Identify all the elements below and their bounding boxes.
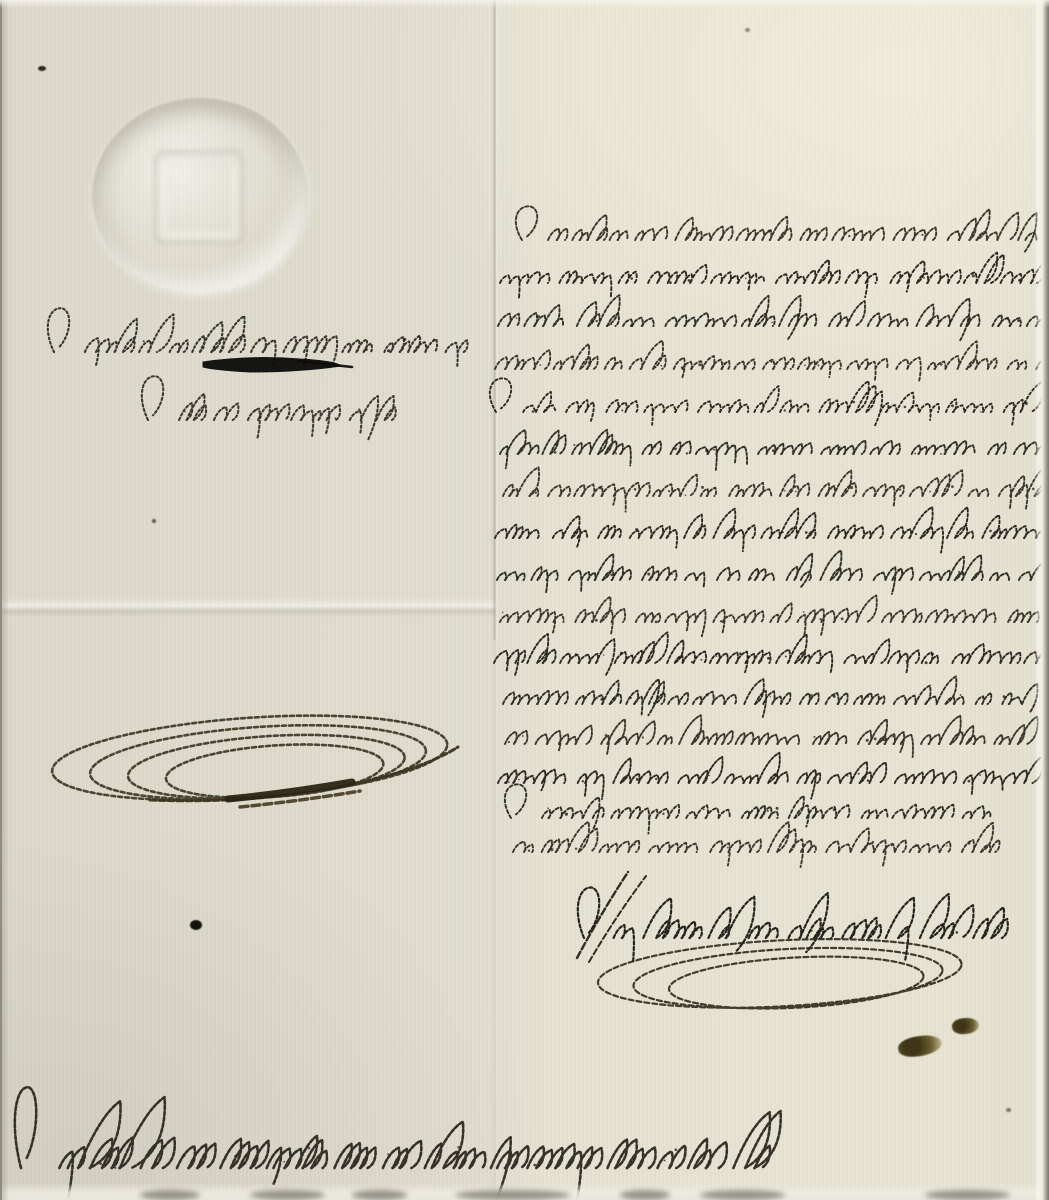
- body-ink-speck: [720, 620, 722, 622]
- body-ink-speck: [850, 486, 853, 489]
- body-ink-speck: [739, 652, 742, 655]
- body-ink-speck: [897, 569, 900, 572]
- docket-ink-speck: [143, 340, 145, 342]
- address-ink-speck: [234, 1155, 236, 1157]
- body-ink-speck: [795, 491, 797, 493]
- body-ink-speck: [830, 488, 832, 490]
- body-ink-speck: [749, 577, 752, 580]
- signature-ink-speck: [956, 931, 959, 934]
- body-ink-speck: [621, 409, 623, 411]
- body-ink-speck: [804, 365, 806, 367]
- body-ink-speck: [610, 574, 612, 576]
- docket-ink-speck: [334, 417, 336, 419]
- body-ink-speck: [892, 736, 894, 738]
- body-ink-speck: [915, 844, 918, 847]
- body-ink-speck: [805, 531, 808, 534]
- body-ink-speck: [681, 366, 683, 368]
- body-ink-speck: [1007, 318, 1009, 320]
- body-ink-speck: [630, 324, 633, 327]
- body-ink-speck: [903, 318, 905, 320]
- body-ink-speck: [703, 809, 705, 811]
- body-ink-speck: [1007, 574, 1009, 576]
- body-ink-speck: [867, 779, 870, 782]
- body-ink-speck: [923, 277, 925, 279]
- address-ink-speck: [225, 1159, 226, 1160]
- signature-ink-speck: [986, 923, 988, 925]
- body-ink-speck: [532, 410, 535, 413]
- body-ink-speck: [826, 448, 828, 450]
- docket-handwriting-line: [142, 376, 396, 439]
- body-ink-speck: [951, 404, 954, 407]
- body-ink-speck: [727, 847, 729, 849]
- body-ink-speck: [508, 781, 510, 783]
- body-ink-speck: [833, 808, 836, 811]
- body-ink-speck: [960, 694, 962, 696]
- body-ink-speck: [603, 654, 604, 655]
- bottom-edge-smudge: [140, 1190, 200, 1200]
- body-ink-speck: [698, 363, 701, 366]
- address-ink-speck: [321, 1148, 323, 1150]
- address-ink-speck: [387, 1153, 389, 1155]
- body-ink-speck: [958, 571, 960, 573]
- body-ink-speck: [705, 449, 708, 452]
- body-ink-speck: [968, 842, 971, 845]
- body-ink-speck: [655, 778, 657, 780]
- body-ink-speck: [743, 364, 744, 365]
- body-ink-speck: [817, 364, 819, 366]
- body-ink-speck: [701, 486, 704, 489]
- body-ink-speck: [1025, 402, 1028, 405]
- body-ink-speck: [860, 703, 862, 705]
- body-ink-speck: [771, 361, 773, 363]
- body-ink-speck: [838, 446, 840, 448]
- body-ink-speck: [668, 490, 670, 492]
- body-ink-speck: [656, 579, 658, 581]
- address-ink-speck: [464, 1159, 467, 1162]
- body-ink-speck: [539, 364, 541, 366]
- body-ink-speck: [1022, 489, 1024, 491]
- body-handwriting-line: [513, 822, 999, 867]
- address-ink-speck: [114, 1167, 116, 1169]
- body-handwriting-line: [495, 507, 1047, 552]
- body-ink-speck: [671, 573, 673, 575]
- body-ink-speck: [980, 411, 982, 413]
- docket-ink-speck: [433, 339, 435, 341]
- body-ink-speck: [946, 845, 948, 847]
- body-handwriting-line: [498, 295, 1049, 340]
- body-ink-speck: [688, 279, 691, 282]
- body-ink-speck: [716, 655, 718, 657]
- body-ink-speck: [582, 780, 584, 782]
- docket-ink-speck: [254, 409, 256, 411]
- body-ink-speck: [669, 281, 672, 284]
- body-ink-speck: [810, 694, 813, 697]
- body-ink-speck: [1032, 488, 1035, 491]
- bottom-edge-smudge: [925, 1190, 1010, 1200]
- body-ink-speck: [554, 451, 557, 454]
- body-ink-speck: [599, 487, 602, 490]
- body-handwriting-line: [494, 632, 1049, 675]
- address-ink-speck: [283, 1161, 285, 1163]
- body-ink-speck: [866, 739, 869, 742]
- body-ink-speck: [575, 848, 577, 850]
- body-handwriting-line: [500, 253, 1046, 299]
- bottom-edge-smudge: [250, 1190, 325, 1200]
- body-ink-speck: [808, 361, 810, 363]
- address-ink-speck: [355, 1161, 358, 1164]
- body-ink-speck: [848, 235, 850, 237]
- body-ink-speck: [565, 813, 568, 816]
- body-ink-speck: [940, 363, 943, 366]
- body-ink-speck: [617, 362, 619, 364]
- body-ink-speck: [522, 735, 524, 737]
- body-ink-speck: [1031, 239, 1032, 240]
- body-ink-speck: [595, 619, 598, 622]
- docket-ink-speck: [387, 349, 390, 352]
- body-ink-speck: [502, 612, 504, 614]
- body-ink-speck: [654, 445, 656, 447]
- body-ink-speck: [847, 775, 849, 777]
- body-ink-speck: [957, 232, 959, 234]
- body-handwriting-line: [503, 465, 1048, 512]
- body-ink-speck: [588, 361, 591, 364]
- body-ink-speck: [617, 695, 619, 697]
- docket-ink-speck: [184, 411, 185, 412]
- body-ink-speck: [700, 659, 702, 661]
- bottom-edge-band: [0, 1183, 1049, 1200]
- body-ink-speck: [816, 662, 818, 664]
- signature-ink-speck: [997, 928, 999, 930]
- body-ink-speck: [784, 490, 786, 492]
- address-ink-speck: [533, 1164, 536, 1167]
- body-ink-speck: [508, 741, 510, 743]
- body-ink-speck: [899, 488, 901, 490]
- body-ink-speck: [771, 322, 773, 324]
- body-ink-speck: [600, 698, 603, 701]
- address-ink-speck: [308, 1147, 311, 1150]
- body-ink-speck: [770, 696, 771, 697]
- body-ink-speck: [653, 702, 655, 704]
- body-ink-speck: [972, 274, 975, 277]
- address-ink-speck: [183, 1154, 186, 1157]
- body-ink-speck: [731, 445, 732, 446]
- body-ink-speck: [504, 781, 507, 784]
- scanned-letter-page: [0, 0, 1049, 1200]
- body-ink-speck: [929, 491, 931, 493]
- address-ink-speck: [398, 1166, 400, 1168]
- body-ink-speck: [951, 485, 954, 488]
- body-handwriting-line: [497, 550, 1048, 594]
- body-ink-speck: [872, 841, 874, 843]
- body-ink-speck: [685, 495, 687, 497]
- body-ink-speck: [591, 620, 593, 622]
- body-ink-speck: [968, 780, 971, 783]
- body-handwriting-line: [490, 378, 1043, 426]
- address-ink-speck: [457, 1146, 459, 1148]
- body-ink-speck: [537, 315, 540, 318]
- body-ink-speck: [948, 445, 951, 448]
- body-ink-speck: [634, 488, 637, 491]
- body-ink-speck: [850, 535, 852, 537]
- body-ink-speck: [662, 813, 664, 815]
- body-ink-speck: [1003, 695, 1006, 698]
- body-ink-speck: [686, 452, 688, 454]
- signature-ink-speck: [849, 925, 851, 927]
- body-ink-speck: [852, 401, 855, 404]
- body-ink-speck: [615, 453, 617, 455]
- signature-ink-speck: [801, 929, 803, 931]
- body-ink-speck: [940, 453, 942, 455]
- rubric-signature-flourish: [596, 931, 963, 1018]
- body-ink-speck: [979, 774, 981, 776]
- signature-ascender-1: [577, 872, 628, 958]
- body-ink-speck: [813, 736, 815, 738]
- body-ink-speck: [805, 572, 807, 574]
- body-ink-speck: [803, 611, 805, 613]
- body-ink-speck: [708, 775, 710, 777]
- address-ink-speck: [363, 1159, 364, 1160]
- body-ink-speck: [891, 845, 893, 847]
- body-ink-speck: [674, 447, 677, 450]
- body-ink-speck: [841, 617, 844, 620]
- body-ink-speck: [547, 807, 549, 809]
- body-ink-speck: [905, 660, 907, 662]
- body-ink-speck: [921, 234, 923, 236]
- bottom-edge-smudge: [620, 1190, 670, 1200]
- address-ink-speck: [99, 1162, 102, 1165]
- bottom-edge-smudge: [700, 1190, 785, 1200]
- body-ink-speck: [1009, 619, 1011, 621]
- body-handwriting-line: [516, 206, 1037, 251]
- body-ink-speck: [782, 531, 784, 533]
- body-ink-speck: [518, 779, 520, 781]
- body-ink-speck: [914, 453, 916, 455]
- body-ink-speck: [655, 621, 658, 624]
- body-handwriting-line: [505, 715, 1038, 757]
- docket-ink-speck: [214, 347, 216, 349]
- body-ink-speck: [691, 661, 693, 663]
- body-ink-speck: [573, 444, 575, 446]
- signature-ink-speck: [810, 929, 812, 931]
- body-handwriting-line: [505, 784, 991, 833]
- body-ink-speck: [528, 850, 530, 852]
- body-ink-speck: [1043, 451, 1045, 453]
- body-ink-speck: [1039, 488, 1041, 490]
- body-ink-speck: [883, 739, 886, 742]
- body-ink-speck: [620, 652, 623, 655]
- body-ink-speck: [630, 697, 632, 699]
- body-handwriting-line: [500, 596, 1039, 637]
- body-ink-speck: [747, 528, 750, 531]
- body-ink-speck: [636, 662, 638, 664]
- body-ink-speck: [747, 655, 749, 657]
- body-ink-speck: [989, 530, 992, 533]
- body-ink-speck: [745, 278, 747, 280]
- body-ink-speck: [611, 324, 613, 326]
- body-ink-speck: [660, 365, 662, 367]
- body-ink-speck: [776, 807, 779, 810]
- body-ink-speck: [647, 573, 650, 576]
- body-ink-speck: [819, 618, 821, 620]
- body-ink-speck: [630, 277, 633, 280]
- docket-ink-speck: [258, 338, 260, 340]
- body-ink-speck: [784, 409, 786, 411]
- address-ink-speck: [664, 1160, 666, 1162]
- body-ink-speck: [990, 360, 992, 362]
- ink-layer: [0, 0, 1049, 1200]
- docket-ink-speck: [403, 338, 406, 341]
- body-ink-speck: [636, 778, 639, 781]
- body-ink-speck: [575, 653, 578, 656]
- body-ink-speck: [713, 449, 715, 451]
- body-ink-speck: [833, 695, 836, 698]
- body-ink-speck: [642, 736, 644, 738]
- body-ink-speck: [904, 406, 907, 409]
- body-ink-speck: [767, 230, 770, 233]
- body-ink-speck: [646, 694, 648, 696]
- body-ink-speck: [874, 737, 877, 740]
- body-ink-speck: [516, 317, 518, 319]
- docket-ink-speck: [365, 348, 368, 351]
- body-handwriting-line: [498, 753, 1043, 799]
- body-ink-speck: [516, 363, 519, 366]
- body-ink-speck: [938, 808, 939, 809]
- docket-ink-speck: [259, 415, 262, 418]
- body-ink-speck: [774, 782, 777, 785]
- body-ink-speck: [1017, 319, 1020, 322]
- address-ink-speck: [675, 1148, 678, 1151]
- bottom-edge-smudge: [455, 1190, 570, 1200]
- body-ink-speck: [550, 848, 553, 851]
- signature-ink-speck: [751, 930, 753, 932]
- body-ink-speck: [925, 661, 928, 664]
- body-ink-speck: [633, 844, 635, 846]
- body-ink-speck: [767, 810, 769, 812]
- body-ink-speck: [635, 528, 638, 531]
- body-ink-speck: [605, 734, 608, 737]
- body-ink-speck: [1018, 279, 1021, 282]
- docket-underline-blob: [203, 358, 341, 372]
- body-ink-speck: [915, 533, 917, 535]
- body-ink-speck: [535, 492, 537, 494]
- body-ink-speck: [866, 695, 869, 698]
- body-ink-speck: [858, 773, 860, 775]
- body-ink-speck: [706, 694, 709, 697]
- body-ink-speck: [772, 449, 775, 452]
- body-ink-speck: [767, 657, 770, 660]
- body-ink-speck: [785, 656, 787, 658]
- docket-ink-speck: [358, 409, 360, 411]
- body-ink-speck: [596, 320, 598, 322]
- body-ink-speck: [932, 653, 934, 655]
- bottom-edge-smudge: [352, 1190, 407, 1200]
- signature-ink-speck: [695, 929, 698, 932]
- body-ink-speck: [723, 362, 725, 364]
